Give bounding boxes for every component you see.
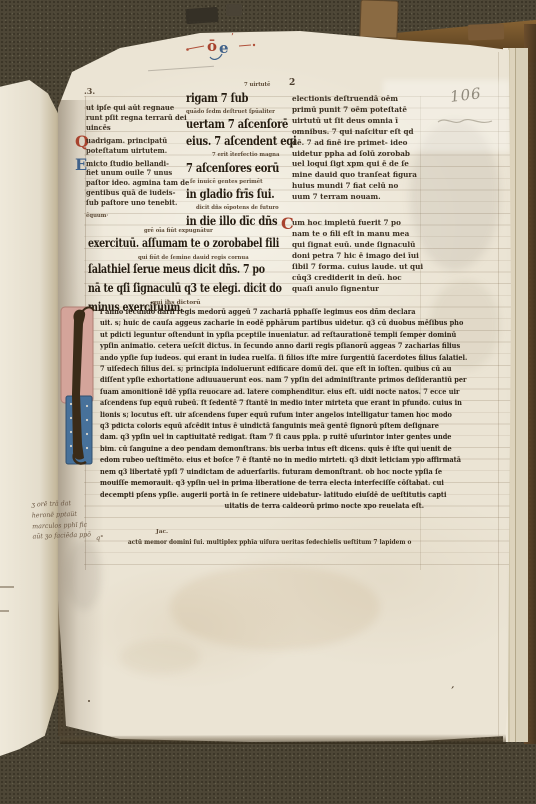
- text-line: 7 erit īterfectio magna: [212, 152, 291, 159]
- text-line: ſuam amonitionē idē ypſia reuocare ad. l…: [100, 386, 392, 397]
- sewing-mark: [0, 610, 9, 612]
- quire-ornament: ō e ’: [186, 26, 270, 62]
- text-line: dam. q3 ypſin uel in captiuitatē redigat…: [100, 431, 392, 442]
- text-line: electionis deſtruendā oēm: [292, 94, 416, 105]
- text-line: decempti pſens ypſie. augerii portā in ſ…: [100, 489, 392, 500]
- text-line: qui fiūt de ſemine dauid regis cornua: [138, 255, 286, 262]
- left-gloss-column: ut ipſe qui aūt regnauerunt pſit regna t…: [86, 103, 186, 221]
- text-line: poteſtatum uirtutem.: [86, 146, 178, 156]
- gloss-lines: micto ſtudio bellandi-fiet unum ouile 7 …: [86, 159, 186, 209]
- manuscript-photo: ō e ’ .3. 2 106 ut ipſe qui aūt regnauer…: [0, 0, 536, 804]
- text-line: rigam 7 ſub: [186, 92, 282, 105]
- text-line: mouiſſe memorauit. q3 ypſin uel in prima…: [100, 477, 392, 488]
- text-line: ut pdicti leguntur oſtendunt in ypſia pc…: [100, 329, 392, 340]
- text-line: uertam 7 aſcenſorē: [186, 118, 282, 131]
- text-line: dē. 7 ad finē ire primet- ideo: [292, 138, 416, 149]
- gloss-lines: ut ipſe qui aūt regnauerunt pſit regna t…: [86, 103, 186, 133]
- gloss-paragraph: electionis deſtruendā oēmprimū punit 7 o…: [292, 94, 422, 203]
- text-line: nam te o fili eſt in manu mea: [292, 229, 416, 240]
- right-gloss-column: electionis deſtruendā oēmprimū punit 7 o…: [292, 94, 422, 297]
- stain: [170, 565, 380, 650]
- torn-binding-fragment: [186, 7, 219, 24]
- text-line: 7 uirtutē: [244, 82, 294, 89]
- text-line: exercituū. aſſumam te o zorobabel fili: [88, 236, 259, 250]
- gloss-paragraph: Q uadrigam. principatūpoteſtatum uirtute…: [86, 136, 186, 156]
- text-line: uit. s; huic de cauſa aggeus zacharie in…: [100, 317, 392, 328]
- text-line: in die illo dīc dñs: [186, 215, 282, 228]
- parchment-tab: [359, 0, 398, 39]
- text-line: ſibil 7 forma. cuius laude. ut qui: [292, 262, 416, 273]
- torn-binding-fragment: [468, 23, 505, 40]
- interlinear-gloss: qui iħs dictorū: [152, 299, 201, 306]
- stain: [120, 640, 200, 674]
- text-line: diſſent ypſie exhortatione adiuuauerunt …: [100, 374, 392, 385]
- text-line: q3 pdicta coloris equū aſcēdit intus ē u…: [100, 420, 392, 431]
- text-line: 7 uiſedech filius dei. s; principia indo…: [100, 363, 392, 374]
- text-line: gentibus quā de iudeis-: [86, 188, 178, 198]
- text-line: uirtutū ut ſit deus omnia ī: [292, 116, 416, 127]
- gloss-paragraph: C um hoc impletū fuerit 7 ponam te o fil…: [292, 218, 422, 294]
- text-line: um hoc impletū fuerit 7 po: [292, 218, 416, 229]
- text-line: aſcendens ſup equū rubeū. ſt ſedentē 7 ſ…: [100, 397, 392, 408]
- text-line: bim. cū ſanguine a deo pendam demonſtran…: [100, 443, 392, 454]
- text-line: ſub paſtore uno tenebit.: [86, 198, 178, 208]
- text-line: 7 aſcenſores eorū: [186, 162, 282, 175]
- text-line: ſe inuicē gentes perimēt: [190, 179, 289, 186]
- text-line: nā te qſi ſignaculū q3 te elegi. dicit d…: [88, 281, 259, 295]
- text-line: quaſi anulo ſignentur: [292, 284, 416, 295]
- text-line: quādo ſedm deſtruet ſpūaliter: [186, 109, 289, 116]
- ornament-apostrophe: ’: [231, 33, 234, 43]
- commentary-lines: ſ anno ſecundo darii regis medorū aggeū …: [100, 306, 424, 500]
- gloss-paragraph: ut ipſe qui aūt regnauerunt pſit regna t…: [86, 103, 186, 133]
- text-line: micto ſtudio bellandi-: [86, 159, 178, 169]
- red-dot: [186, 48, 189, 51]
- pencil-line: [148, 66, 214, 72]
- text-line: cūq3 crediderit in deū. hoc: [292, 273, 416, 284]
- source-siglum: Jac.: [156, 529, 168, 535]
- pencil-scribble: [436, 114, 500, 130]
- text-line: nem q3 libertatē ypſi 7 uindictam de adu…: [100, 466, 392, 477]
- quire-mark: .3.: [84, 86, 95, 96]
- text-line: ando ypſie ſup iudeos. qui erant in iude…: [100, 352, 392, 363]
- red-dash: [239, 45, 251, 46]
- text-line: ut ipſe qui aūt regnaue: [86, 103, 178, 113]
- text-line: uum 7 terram nouam.: [292, 192, 416, 203]
- torn-binding-fragment: [226, 4, 242, 16]
- commentary-last-line: uitatis de terra caldeorū primo nocte xp…: [132, 500, 424, 511]
- red-flourish-line: [188, 46, 204, 49]
- text-line: grē oīa fiūt expugnātur: [144, 228, 286, 235]
- text-line: edom rubeo ueſtimēto. eius et boſce 7 ē …: [100, 454, 392, 465]
- red-dot: [253, 44, 255, 46]
- vertical-rule: [498, 52, 499, 736]
- gloss-lines: electionis deſtruendā oēmprimū punit 7 o…: [292, 94, 422, 203]
- text-line: doni petra 7 hic ē imago dei īui: [292, 251, 416, 262]
- addendum-line: actū memor domini ſui. multiplex pphīa u…: [128, 538, 411, 546]
- text-line: mine dauid quo tranſeat figura: [292, 170, 416, 181]
- text-line: primū punit 7 oēm poteſtatē: [292, 105, 416, 116]
- text-line: ſalathiel ſerue meus dicit dñs. 7 po: [88, 262, 259, 276]
- margin-note: ʒ orē trā datheronē pptau̅tmarculos pphī…: [31, 497, 118, 543]
- bible-text-column: 7 uirtutērigam 7 ſubquādo ſedm deſtruet …: [186, 82, 300, 232]
- text-lines: 7 uirtutērigam 7 ſubquādo ſedm deſtruet …: [186, 82, 300, 228]
- text-line: uadrigam. principatū: [86, 136, 178, 146]
- gloss-lines: uadrigam. principatūpoteſtatum uirtutem.: [86, 136, 186, 156]
- text-line: ypſin animatio. cetera ueſcit dictus. in…: [100, 340, 392, 351]
- sewing-mark: [0, 586, 14, 588]
- illuminated-initial-I: [58, 304, 100, 470]
- gloss-lines: um hoc impletū fuerit 7 ponam te o fili …: [292, 218, 422, 294]
- gloss-paragraph: E micto ſtudio bellandi-fiet unum ouile …: [86, 159, 186, 209]
- text-line: huius mundi 7 fiat celū no: [292, 181, 416, 192]
- ornament-blue-letter: e: [219, 39, 229, 57]
- text-line: qui ſignat euū. unde ſignaculū: [292, 240, 416, 251]
- text-line: in gladio frīs ſui.: [186, 188, 282, 201]
- commentary-block: ſ anno ſecundo darii regis medorū aggeū …: [100, 306, 424, 511]
- text-line: fiet unum ouile 7 unus: [86, 168, 178, 178]
- interlinear-gloss: ēquum·: [86, 211, 176, 221]
- text-line: ſ anno ſecundo darii regis medorū aggeū …: [100, 306, 392, 317]
- text-line: lionis s; locutus eſt. uir aſcendens ſup…: [100, 409, 392, 420]
- text-line: runt pſit regna terrarū dei: [86, 113, 178, 123]
- text-line: uincēs: [86, 123, 178, 133]
- ornament-red-letter: ō: [207, 37, 217, 55]
- text-line: omnibus. 7 qui naſcitur eſt qd: [292, 127, 416, 138]
- text-line: uidetur ppha ad ſolū zorobab: [292, 149, 416, 160]
- text-line: uel loqui ſigt xpm qui ē de ſe: [292, 159, 416, 170]
- text-line: paſtor ideo. agmina tam de: [86, 178, 178, 188]
- text-line: dicit dñs oīpotens de futuro: [196, 205, 290, 212]
- margin-note-lines: ʒ orē trā datheronē pptau̅tmarculos pphī…: [31, 497, 118, 543]
- facing-page-edge: [0, 80, 64, 756]
- folio-number: 106: [449, 84, 483, 106]
- text-line: eius. 7 aſcendent eqi: [186, 135, 282, 148]
